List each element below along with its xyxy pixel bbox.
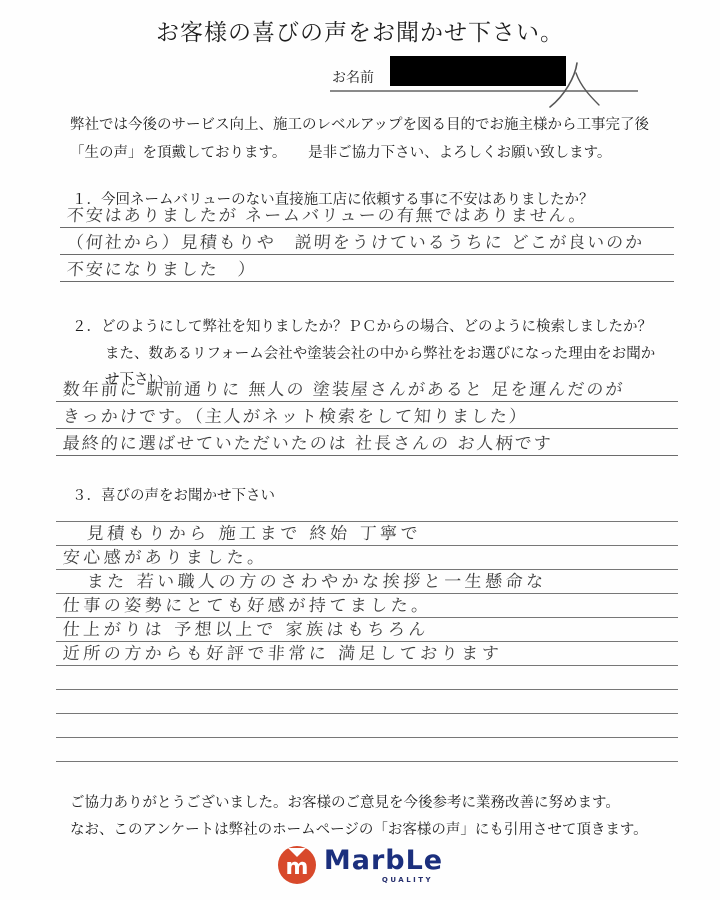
ruled-line: 数年前に 駅前通りに 無人の 塗装屋さんがあると 足を運んだのが [56, 375, 678, 402]
ruled-line: 仕事の姿勢にとても好感が持てました。 [56, 594, 678, 618]
ruled-line: 最終的に選ばせていただいたのは 社長さんの お人柄です [56, 429, 678, 456]
svg-text:m: m [285, 855, 308, 880]
intro-paragraph: 弊社では今後のサービス向上、施工のレベルアップを図る目的でお施主様から工事完了後… [70, 112, 660, 167]
ruled-line [56, 738, 678, 762]
survey-scan-page: お客様の喜びの声をお聞かせ下さい。 お名前 弊社では今後のサービス向上、施工のレ… [0, 0, 720, 900]
question-2-text: また、数あるリフォーム会社や塗装会社の中から弊社をお選びになった理由をお聞か [72, 341, 672, 368]
footer-line: ご協力ありがとうございました。お客様のご意見を今後参考に業務改善に努めます。 [70, 790, 670, 817]
handwritten-answer: 不安になりました ） [66, 261, 257, 280]
ruled-line: また 若い職人の方のさわやかな挨拶と一生懸命な [56, 570, 678, 594]
page-title: お客様の喜びの声をお聞かせ下さい。 [0, 14, 720, 47]
question-3-answer-area: 見積もりから 施工まで 終始 丁寧で 安心感がありました。 また 若い職人の方の… [56, 498, 678, 762]
intro-line: 「生の声」を頂戴しております。 是非ご協力下さい、よろしくお願い致します。 [70, 140, 660, 168]
ruled-line [56, 498, 678, 522]
marble-logo-icon: m [277, 845, 317, 885]
footer-paragraph: ご協力ありがとうございました。お客様のご意見を今後参考に業務改善に努めます。 な… [70, 790, 670, 844]
handwritten-answer: 安心感がありました。 [62, 549, 268, 568]
ruled-line: （何社から）見積もりや 説明をうけているうちに どこが良いのか [60, 228, 674, 255]
handwritten-answer: きっかけです。（主人がネット検索をして知りました） [62, 408, 528, 427]
ruled-line: 不安になりました ） [60, 255, 674, 282]
ruled-line: 仕上がりは 予想以上で 家族はもちろん [56, 618, 678, 642]
handwritten-answer: また 若い職人の方のさわやかな挨拶と一生懸命な [86, 573, 547, 592]
handwritten-answer: 近所の方からも好評で非常に 満足しております [62, 645, 503, 664]
ruled-line [56, 666, 678, 690]
brand-logo: m MarbLe QUALITY [0, 845, 720, 885]
ruled-line [56, 714, 678, 738]
ruled-line: 近所の方からも好評で非常に 満足しております [56, 642, 678, 666]
brand-name: MarbLe [324, 847, 443, 874]
footer-line: なお、このアンケートは弊社のホームページの「お客様の声」にも引用させて頂きます。 [70, 817, 670, 844]
intro-line: 弊社では今後のサービス向上、施工のレベルアップを図る目的でお施主様から工事完了後 [70, 112, 660, 140]
handwritten-answer: 不安はありましたが ネームバリューの有無ではありません。 [66, 207, 588, 226]
name-label: お名前 [332, 67, 374, 87]
ruled-line: きっかけです。（主人がネット検索をして知りました） [56, 402, 678, 429]
signature-stroke [548, 63, 600, 109]
redacted-name-box [390, 56, 566, 86]
ruled-line: 不安はありましたが ネームバリューの有無ではありません。 [60, 201, 674, 228]
name-field-row: お名前 [330, 55, 638, 92]
question-2-answer-area: 数年前に 駅前通りに 無人の 塗装屋さんがあると 足を運んだのが きっかけです。… [56, 375, 678, 456]
ruled-line: 見積もりから 施工まで 終始 丁寧で [56, 522, 678, 546]
handwritten-answer: 仕上がりは 予想以上で 家族はもちろん [62, 621, 430, 640]
handwritten-answer: 仕事の姿勢にとても好感が持てました。 [62, 597, 432, 616]
question-2-text: ２．どのようにして弊社を知りましたか？ＰＣからの場合、どのように検索しましたか？ [72, 314, 672, 341]
handwritten-answer: 見積もりから 施工まで 終始 丁寧で [86, 525, 422, 544]
logo-text-block: MarbLe QUALITY [324, 847, 443, 884]
ruled-line: 安心感がありました。 [56, 546, 678, 570]
handwritten-answer: （何社から）見積もりや 説明をうけているうちに どこが良いのか [66, 234, 645, 253]
ruled-line [56, 690, 678, 714]
brand-tagline: QUALITY [324, 876, 443, 884]
handwritten-answer: 数年前に 駅前通りに 無人の 塗装屋さんがあると 足を運んだのが [62, 381, 625, 400]
question-1-answer-area: 不安はありましたが ネームバリューの有無ではありません。 （何社から）見積もりや… [60, 201, 674, 282]
handwritten-answer: 最終的に選ばせていただいたのは 社長さんの お人柄です [62, 435, 553, 454]
